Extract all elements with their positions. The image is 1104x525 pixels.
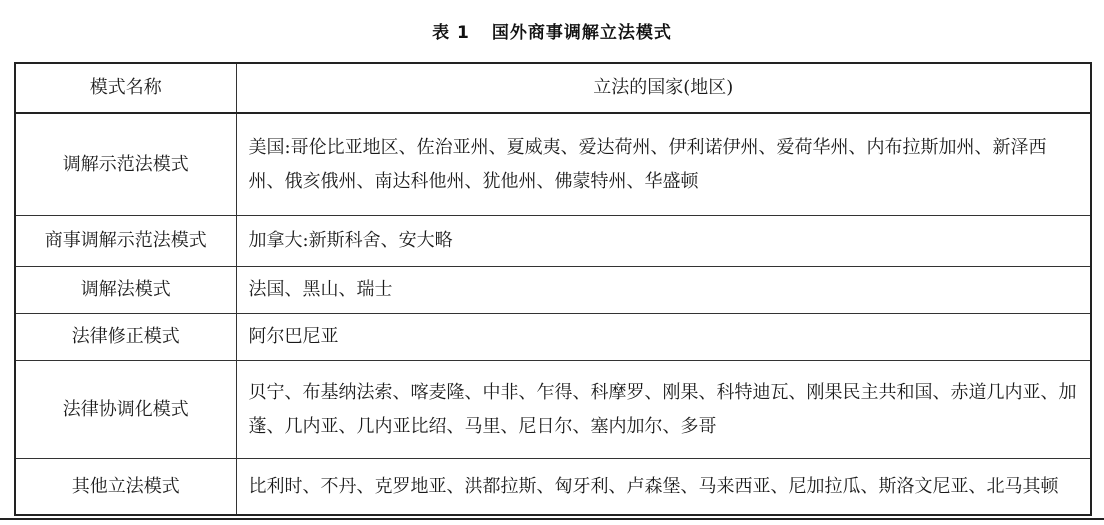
table-row: 商事调解示范法模式 加拿大:新斯科舍、安大略 bbox=[15, 216, 1091, 267]
mode-name-cell: 法律修正模式 bbox=[15, 314, 236, 361]
regions-cell: 加拿大:新斯科舍、安大略 bbox=[236, 216, 1091, 267]
table-number: 表 1 bbox=[432, 23, 470, 43]
header-mode-name: 模式名称 bbox=[15, 63, 236, 113]
header-legislating-countries: 立法的国家(地区) bbox=[236, 63, 1091, 113]
table-caption: 表 1国外商事调解立法模式 bbox=[0, 18, 1104, 43]
mode-name-cell: 法律协调化模式 bbox=[15, 361, 236, 459]
page-divider bbox=[0, 518, 1104, 520]
regions-cell: 阿尔巴尼亚 bbox=[236, 314, 1091, 361]
mode-name-cell: 其他立法模式 bbox=[15, 459, 236, 516]
regions-cell: 美国:哥伦比亚地区、佐治亚州、夏威夷、爱达荷州、伊利诺伊州、爱荷华州、内布拉斯加… bbox=[236, 113, 1091, 216]
table-row: 法律协调化模式 贝宁、布基纳法索、喀麦隆、中非、乍得、科摩罗、刚果、科特迪瓦、刚… bbox=[15, 361, 1091, 459]
table-title: 国外商事调解立法模式 bbox=[492, 23, 672, 43]
regions-cell: 贝宁、布基纳法索、喀麦隆、中非、乍得、科摩罗、刚果、科特迪瓦、刚果民主共和国、赤… bbox=[236, 361, 1091, 459]
table-row: 法律修正模式 阿尔巴尼亚 bbox=[15, 314, 1091, 361]
legislation-modes-table: 模式名称 立法的国家(地区) 调解示范法模式 美国:哥伦比亚地区、佐治亚州、夏威… bbox=[14, 62, 1092, 516]
regions-cell: 法国、黑山、瑞士 bbox=[236, 267, 1091, 314]
mode-name-cell: 调解示范法模式 bbox=[15, 113, 236, 216]
regions-cell: 比利时、不丹、克罗地亚、洪都拉斯、匈牙利、卢森堡、马来西亚、尼加拉瓜、斯洛文尼亚… bbox=[236, 459, 1091, 516]
table-row: 调解示范法模式 美国:哥伦比亚地区、佐治亚州、夏威夷、爱达荷州、伊利诺伊州、爱荷… bbox=[15, 113, 1091, 216]
mode-name-cell: 商事调解示范法模式 bbox=[15, 216, 236, 267]
mode-name-cell: 调解法模式 bbox=[15, 267, 236, 314]
table-row: 其他立法模式 比利时、不丹、克罗地亚、洪都拉斯、匈牙利、卢森堡、马来西亚、尼加拉… bbox=[15, 459, 1091, 516]
header-row: 模式名称 立法的国家(地区) bbox=[15, 63, 1091, 113]
table-row: 调解法模式 法国、黑山、瑞士 bbox=[15, 267, 1091, 314]
